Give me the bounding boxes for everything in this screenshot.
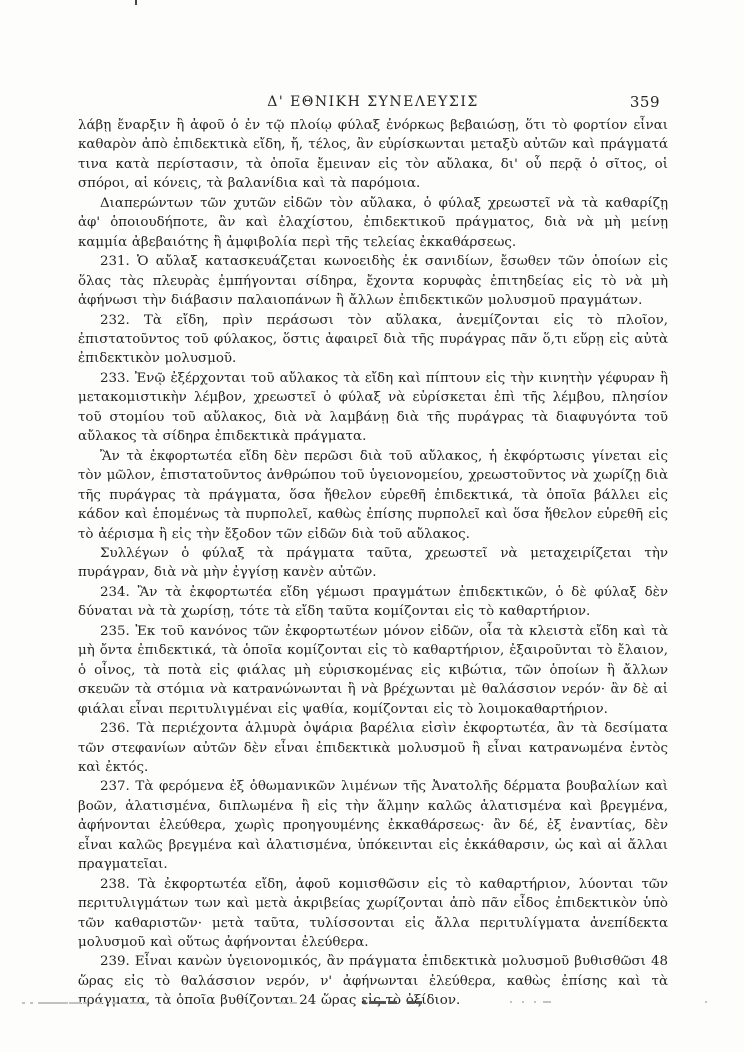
scan-artifact-dash bbox=[407, 1001, 415, 1004]
scan-artifact-dash bbox=[510, 1001, 512, 1003]
document-body: λάβῃ ἔναρξιν ἢ ἀφοῦ ὁ ἐν τῷ πλοίῳ φύλαξ … bbox=[78, 116, 668, 1011]
page-title: Δ' ΕΘΝΙΚΗ ΣΥΝΕΛΕΥΣΙΣ bbox=[78, 94, 668, 110]
scan-artifact-dash bbox=[388, 1001, 397, 1004]
scan-artifact-dash bbox=[112, 1002, 117, 1004]
scan-artifact-dash bbox=[278, 1002, 284, 1004]
scan-artifact-dash bbox=[38, 1002, 68, 1004]
scan-artifact-dash bbox=[122, 1002, 126, 1004]
scan-artifact-dash bbox=[522, 1001, 524, 1003]
article-232: 232. Τὰ εἴδη, πρὶν περάσωσι τὸν αὔλακα, … bbox=[78, 311, 668, 369]
scan-artifact-dash bbox=[543, 1001, 551, 1003]
scanned-document-page: Δ' ΕΘΝΙΚΗ ΣΥΝΕΛΕΥΣΙΣ 359 λάβῃ ἔναρξιν ἢ … bbox=[0, 0, 744, 1052]
article-236: 236. Τὰ περιέχοντα ἁλμυρὰ ὀψάρια βαρέλια… bbox=[78, 719, 668, 777]
scan-artifact-top bbox=[135, 0, 137, 5]
scan-artifact-dash bbox=[22, 1002, 25, 1004]
scan-artifact-dash bbox=[363, 1001, 366, 1004]
article-237: 237. Τὰ φερόμενα ἐξ ὀθωμανικῶν λιμένων τ… bbox=[78, 777, 668, 874]
article-234: 234. Ἂν τὰ ἐκφορτωτέα εἴδη γέμωσι πραγμά… bbox=[78, 583, 668, 622]
scan-artifact-dash bbox=[290, 1002, 297, 1004]
scan-artifact-dash bbox=[369, 1001, 386, 1004]
article-231: 231. Ὁ αὔλαξ κατασκευάζεται κωνοειδὴς ἐκ… bbox=[78, 252, 668, 310]
article-238: 238. Τὰ ἐκφορτωτέα εἴδη, ἀφοῦ κομισθῶσιν… bbox=[78, 875, 668, 953]
paragraph-continuation-1: λάβῃ ἔναρξιν ἢ ἀφοῦ ὁ ἐν τῷ πλοίῳ φύλαξ … bbox=[78, 116, 668, 194]
paragraph-continuation-2: Διαπερώντων τῶν χυτῶν εἰδῶν τὸν αὔλακα, … bbox=[78, 194, 668, 252]
scan-artifact-dash bbox=[534, 1001, 536, 1003]
scan-artifact-dash bbox=[96, 1002, 102, 1004]
article-233-continuation-2: Συλλέγων ὁ φύλαξ τὰ πράγματα ταῦτα, χρεω… bbox=[78, 544, 668, 583]
scan-artifact-dash bbox=[69, 1002, 81, 1004]
scan-artifact-dash bbox=[30, 1002, 33, 1004]
article-233: 233. Ἐνῷ ἐξέρχονται τοῦ αὔλακος τὰ εἴδη … bbox=[78, 369, 668, 447]
scan-artifact-dash bbox=[705, 1001, 707, 1003]
scan-artifact-dash bbox=[83, 1002, 88, 1004]
scan-artifact-dash bbox=[144, 1002, 147, 1004]
page-header: Δ' ΕΘΝΙΚΗ ΣΥΝΕΛΕΥΣΙΣ 359 bbox=[78, 94, 668, 114]
scan-artifact-dash bbox=[130, 1002, 140, 1004]
article-235: 235. Ἐκ τοῦ κανόνος τῶν ἐκφορτωτέων μόνο… bbox=[78, 622, 668, 719]
scan-artifact-dash bbox=[416, 1001, 422, 1004]
article-233-continuation-1: Ἂν τὰ ἐκφορτωτέα εἴδη δὲν περῶσι διὰ τοῦ… bbox=[78, 447, 668, 544]
page-number: 359 bbox=[630, 93, 660, 111]
